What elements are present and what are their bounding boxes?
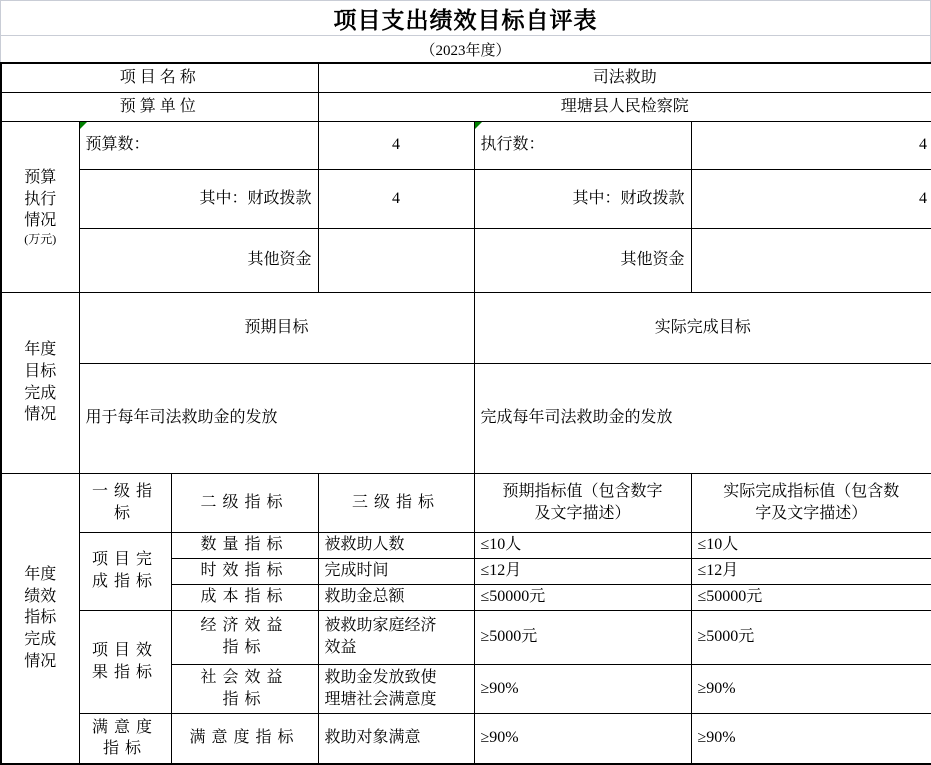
- actual-value-header-cell: 实际完成指标值（包含数 字及文字描述）: [691, 473, 931, 532]
- table-row: 其他资金 其他资金: [1, 228, 931, 292]
- level2-cell: 满意度指标: [171, 713, 318, 764]
- goals-section-header-cell: 年度 目标 完成 情况: [1, 292, 79, 473]
- planned-amount-value-cell: 4: [318, 121, 474, 169]
- table-row: 年度 目标 完成 情况 预期目标 实际完成目标: [1, 292, 931, 363]
- executed-fiscal-label-cell: 其中：财政拨款: [474, 169, 691, 228]
- planned-other-value-cell: [318, 228, 474, 292]
- expected-value-cell: ≤10人: [474, 532, 691, 558]
- level3-cell: 被救助家庭经济 效益: [318, 610, 474, 664]
- indicators-section-header-cell: 年度 绩效 指标 完成 情况: [1, 473, 79, 764]
- executed-amount-label-cell: 执行数：: [474, 121, 691, 169]
- table-row: 其中：财政拨款 4 其中：财政拨款 4: [1, 169, 931, 228]
- executed-amount-value-cell: 4: [691, 121, 931, 169]
- level1-satisfaction-cell: 满意度 指标: [79, 713, 171, 764]
- expected-goal-header-cell: 预期目标: [79, 292, 474, 363]
- budget-unit-value-cell: 理塘县人民检察院: [318, 92, 931, 121]
- planned-other-label-cell: 其他资金: [79, 228, 318, 292]
- table-row: 满意度 指标 满意度指标 救助对象满意 ≥90% ≥90%: [1, 713, 931, 764]
- executed-fiscal-value-cell: 4: [691, 169, 931, 228]
- table-row: 项目效 果指标 经济效益 指标 被救助家庭经济 效益 ≥5000元 ≥5000元: [1, 610, 931, 664]
- evaluation-table: 项目名称 司法救助 预算单位 理塘县人民检察院 预算 执行 情况 (万元) 预算…: [0, 62, 931, 765]
- actual-value-cell: ≥90%: [691, 713, 931, 764]
- level2-cell: 时效指标: [171, 558, 318, 584]
- table-row: 预算单位 理塘县人民检察院: [1, 92, 931, 121]
- budget-unit-label-cell: 预算单位: [1, 92, 318, 121]
- actual-goal-header-cell: 实际完成目标: [474, 292, 931, 363]
- expected-value-cell: ≥5000元: [474, 610, 691, 664]
- expected-goal-text-cell: 用于每年司法救助金的发放: [79, 363, 474, 473]
- expected-value-cell: ≤12月: [474, 558, 691, 584]
- level2-cell: 经济效益 指标: [171, 610, 318, 664]
- expected-value-cell: ≤50000元: [474, 584, 691, 610]
- level1-completion-cell: 项目完 成指标: [79, 532, 171, 610]
- budget-section-header-cell: 预算 执行 情况 (万元): [1, 121, 79, 292]
- table-row: 年度 绩效 指标 完成 情况 一级指 标 二级指标 三级指标 预期指标值（包含数…: [1, 473, 931, 532]
- expected-value-cell: ≥90%: [474, 664, 691, 713]
- level2-cell: 数量指标: [171, 532, 318, 558]
- actual-value-cell: ≤50000元: [691, 584, 931, 610]
- level2-header-cell: 二级指标: [171, 473, 318, 532]
- level1-effect-cell: 项目效 果指标: [79, 610, 171, 713]
- level2-cell: 社会效益 指标: [171, 664, 318, 713]
- level1-header-cell: 一级指 标: [79, 473, 171, 532]
- expected-value-header-cell: 预期指标值（包含数字 及文字描述）: [474, 473, 691, 532]
- self-evaluation-form: 项目支出绩效目标自评表 （2023年度） 项目名称 司法救助 预算单位 理塘县人…: [0, 0, 931, 765]
- planned-fiscal-label-cell: 其中：财政拨款: [79, 169, 318, 228]
- executed-amount-label: 执行数：: [481, 136, 545, 153]
- level3-cell: 救助金总额: [318, 584, 474, 610]
- level3-cell: 救助对象满意: [318, 713, 474, 764]
- level3-cell: 被救助人数: [318, 532, 474, 558]
- table-row: 项目完 成指标 数量指标 被救助人数 ≤10人 ≤10人: [1, 532, 931, 558]
- actual-value-cell: ≤10人: [691, 532, 931, 558]
- actual-goal-text-cell: 完成每年司法救助金的发放: [474, 363, 931, 473]
- table-row: 项目名称 司法救助: [1, 63, 931, 92]
- cell-error-indicator-icon: [80, 122, 87, 129]
- form-subtitle: （2023年度）: [0, 36, 931, 62]
- actual-value-cell: ≥5000元: [691, 610, 931, 664]
- project-name-label-cell: 项目名称: [1, 63, 318, 92]
- planned-amount-label: 预算数：: [86, 136, 150, 153]
- actual-value-cell: ≥90%: [691, 664, 931, 713]
- executed-other-value-cell: [691, 228, 931, 292]
- budget-section-unit: (万元): [8, 232, 73, 246]
- level2-cell: 成本指标: [171, 584, 318, 610]
- planned-amount-label-cell: 预算数：: [79, 121, 318, 169]
- level3-cell: 救助金发放致使 理塘社会满意度: [318, 664, 474, 713]
- table-row: 用于每年司法救助金的发放 完成每年司法救助金的发放: [1, 363, 931, 473]
- actual-value-cell: ≤12月: [691, 558, 931, 584]
- level3-cell: 完成时间: [318, 558, 474, 584]
- planned-fiscal-value-cell: 4: [318, 169, 474, 228]
- cell-error-indicator-icon: [475, 122, 482, 129]
- budget-section-label: 预算 执行 情况: [24, 169, 56, 229]
- level3-header-cell: 三级指标: [318, 473, 474, 532]
- form-title: 项目支出绩效目标自评表: [0, 0, 931, 36]
- table-row: 预算 执行 情况 (万元) 预算数： 4 执行数： 4: [1, 121, 931, 169]
- executed-other-label-cell: 其他资金: [474, 228, 691, 292]
- expected-value-cell: ≥90%: [474, 713, 691, 764]
- project-name-value-cell: 司法救助: [318, 63, 931, 92]
